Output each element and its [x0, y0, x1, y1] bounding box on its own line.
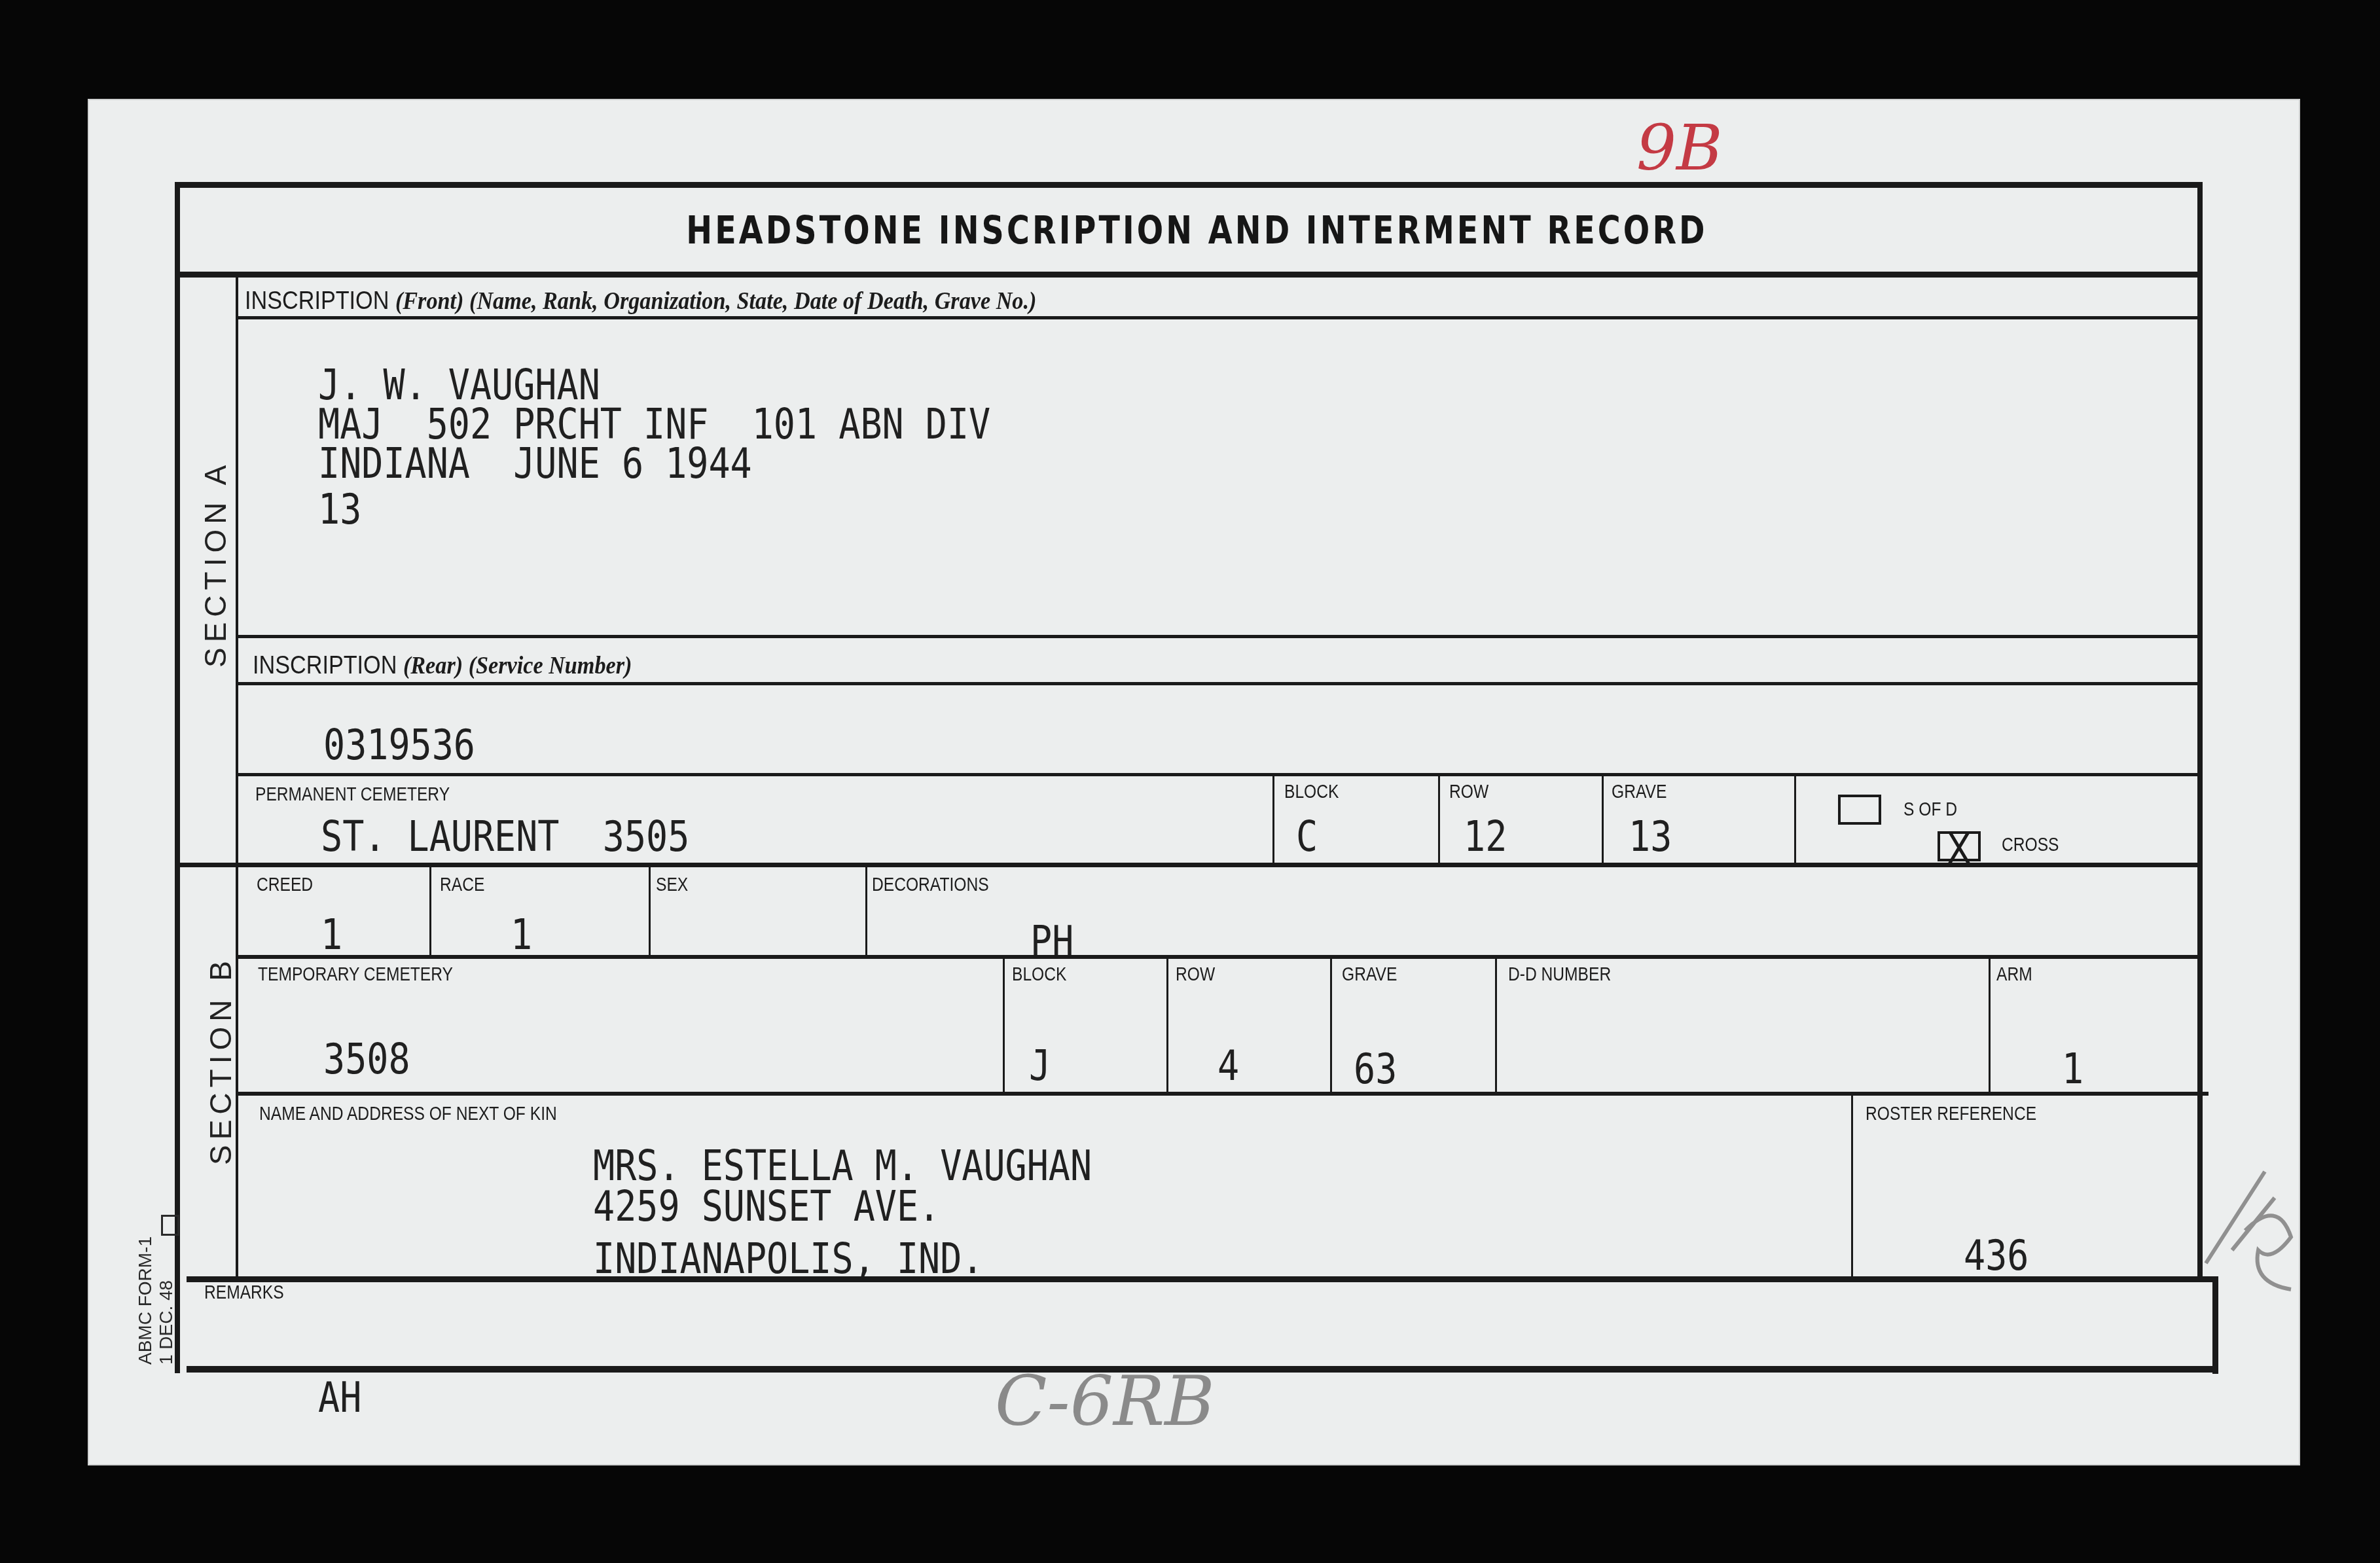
front-inscription-line-3: INDIANA JUNE 6 1944 — [318, 442, 752, 486]
front-inscription-label: INSCRIPTION (Front) (Name, Rank, Organiz… — [245, 287, 1036, 315]
arm-value: 1 — [2062, 1047, 2083, 1092]
s-of-d-checkbox[interactable] — [1838, 795, 1881, 825]
service-number: 0319536 — [323, 723, 475, 768]
perm-row-value: 12 — [1464, 815, 1507, 859]
race-label: RACE — [440, 874, 484, 896]
perm-top-divider — [238, 773, 2199, 776]
perm-block-label: BLOCK — [1284, 781, 1339, 803]
next-of-kin-label: NAME AND ADDRESS OF NEXT OF KIN — [259, 1103, 557, 1125]
x-mark-icon — [1940, 831, 1978, 864]
rear-label-italic: (Rear) (Service Number) — [403, 652, 632, 679]
perm-row-label: ROW — [1449, 781, 1488, 803]
section-b-label: SECTION B — [203, 956, 238, 1165]
form-number: ABMC FORM-1 1 DEC. 48 — [135, 1236, 177, 1365]
creed-value: 1 — [321, 913, 342, 958]
roster-reference-value: 436 — [1964, 1234, 2028, 1278]
section-a-label: SECTION A — [198, 460, 233, 668]
temp-grave-value: 63 — [1354, 1047, 1397, 1092]
kin-top-divider — [238, 1092, 2209, 1096]
sex-label: SEX — [656, 874, 688, 896]
creed-divider — [429, 867, 431, 956]
temporary-cemetery-label: TEMPORARY CEMETERY — [258, 963, 453, 986]
remarks-label: REMARKS — [204, 1282, 284, 1304]
frame-left — [175, 182, 180, 1373]
sex-divider — [865, 867, 867, 956]
rear-label-divider — [238, 682, 2199, 685]
next-of-kin-line-3: INDIANAPOLIS, IND. — [593, 1237, 983, 1282]
front-label-divider — [238, 316, 2199, 319]
perm-row-divider — [1438, 776, 1440, 865]
next-of-kin-line-1: MRS. ESTELLA M. VAUGHAN — [593, 1144, 1092, 1189]
next-of-kin-line-2: 4259 SUNSET AVE. — [593, 1185, 940, 1229]
temp-top-divider — [238, 955, 2203, 959]
perm-block-divider — [1272, 776, 1274, 865]
pencil-scribble-icon — [2193, 1152, 2304, 1302]
rear-label-plain: INSCRIPTION — [253, 652, 397, 679]
temp-block-label: BLOCK — [1012, 963, 1066, 986]
temp-block-value: J — [1029, 1044, 1051, 1088]
front-inscription-line-4: 13 — [318, 488, 361, 532]
form-title: HEADSTONE INSCRIPTION AND INTERMENT RECO… — [359, 208, 2035, 253]
bottom-pencil-annotation: C-6RB — [995, 1361, 1215, 1441]
roster-divider — [1851, 1096, 1853, 1280]
remarks-top-divider — [187, 1276, 2218, 1282]
creed-label: CREED — [257, 874, 313, 896]
section-b-top-divider — [180, 863, 2203, 867]
rear-inscription-label: INSCRIPTION (Rear) (Service Number) — [253, 651, 632, 680]
permanent-cemetery-value: ST. LAURENT 3505 — [321, 815, 689, 859]
decorations-label: DECORATIONS — [872, 874, 989, 896]
frame-top — [175, 182, 2203, 188]
rear-top-divider — [238, 635, 2199, 638]
race-value: 1 — [511, 913, 532, 958]
temp-row-value: 4 — [1217, 1044, 1239, 1088]
bottom-left-annotation: AH — [318, 1376, 361, 1420]
front-label-italic: (Front) (Name, Rank, Organization, State… — [395, 287, 1036, 315]
temporary-cemetery-value: 3508 — [323, 1037, 410, 1082]
form-margin-box — [161, 1215, 179, 1236]
cross-label: CROSS — [2002, 834, 2059, 856]
s-of-d-label: S OF D — [1903, 799, 1957, 821]
perm-grave-label: GRAVE — [1612, 781, 1667, 803]
race-divider — [649, 867, 651, 956]
perm-grave-value: 13 — [1629, 815, 1672, 859]
roster-reference-label: ROSTER REFERENCE — [1866, 1103, 2036, 1125]
form-date-text: 1 DEC. 48 — [156, 1236, 177, 1365]
red-annotation: 9B — [1636, 111, 1723, 185]
permanent-cemetery-label: PERMANENT CEMETERY — [255, 783, 450, 806]
temp-grave-divider — [1330, 959, 1332, 1094]
perm-marker-divider — [1794, 776, 1796, 865]
dd-number-label: D-D NUMBER — [1508, 963, 1611, 986]
title-divider — [175, 272, 2203, 278]
frame-right — [2197, 182, 2203, 1282]
temp-row-divider — [1166, 959, 1168, 1094]
cross-checkbox[interactable] — [1938, 831, 1981, 861]
form-number-text: ABMC FORM-1 — [135, 1236, 156, 1365]
perm-block-value: C — [1296, 815, 1318, 859]
perm-grave-divider — [1602, 776, 1604, 865]
temp-row-label: ROW — [1176, 963, 1215, 986]
temp-arm-divider — [1989, 959, 1991, 1094]
temp-grave-label: GRAVE — [1342, 963, 1397, 986]
temp-dd-divider — [1495, 959, 1497, 1094]
arm-label: ARM — [1996, 963, 2032, 986]
temp-block-divider — [1003, 959, 1005, 1094]
front-label-plain: INSCRIPTION — [245, 287, 389, 315]
